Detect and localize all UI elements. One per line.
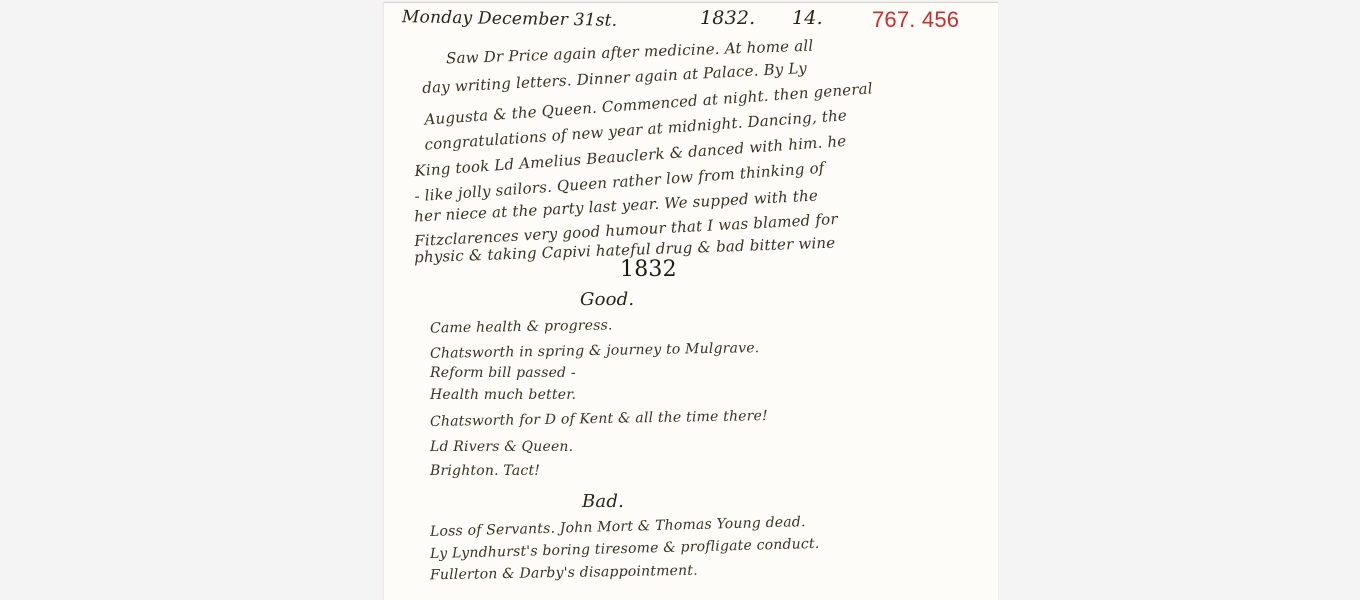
- bad-item: Loss of Servants. John Mort & Thomas You…: [430, 514, 806, 540]
- manuscript-page: Monday December 31st. 1832. 14. 767. 456…: [383, 2, 998, 600]
- bad-heading: Bad.: [582, 491, 624, 512]
- header-year: 1832.: [700, 7, 755, 29]
- entry-date: Monday December 31st.: [402, 7, 618, 31]
- good-item: Brighton. Tact!: [430, 463, 540, 479]
- bad-item: Ly Lyndhurst's boring tiresome & proflig…: [430, 536, 820, 562]
- good-item: Chatsworth for D of Kent & all the time …: [430, 408, 768, 430]
- good-item: Reform bill passed -: [430, 365, 576, 381]
- good-item: Health much better.: [430, 387, 576, 403]
- good-item: Ld Rivers & Queen.: [430, 439, 573, 455]
- good-item: Chatsworth in spring & journey to Mulgra…: [430, 340, 760, 362]
- bad-item: Fullerton & Darby's disappointment.: [430, 563, 698, 584]
- page-number: 14.: [792, 7, 823, 29]
- catalogue-reference: 767. 456: [872, 7, 959, 33]
- good-item: Came health & progress.: [430, 317, 613, 336]
- summary-year-heading: 1832: [620, 257, 677, 282]
- good-heading: Good.: [580, 289, 634, 310]
